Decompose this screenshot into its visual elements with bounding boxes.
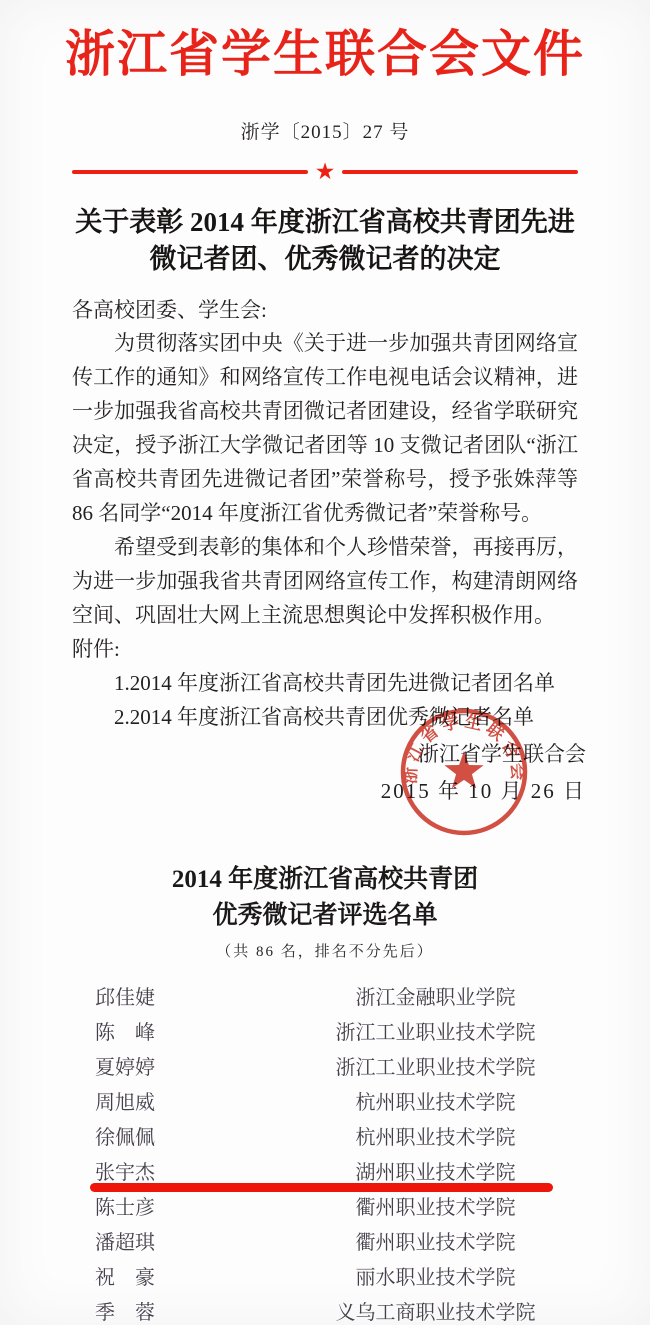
- signature-org: 浙江省学生联合会: [0, 736, 586, 773]
- roster-school: 湖州职业技术学院: [251, 1156, 620, 1185]
- divider-line-left: [72, 170, 308, 174]
- roster-school: 衢州职业技术学院: [251, 1191, 620, 1220]
- roster-school: 丽水职业技术学院: [251, 1261, 620, 1290]
- roster-name: 邱佳婕: [95, 981, 173, 1010]
- roster-note: （共 86 名，排名不分先后）: [0, 938, 650, 966]
- document-title: 关于表彰 2014 年度浙江省高校共青团先进 微记者团、优秀微记者的决定: [0, 204, 650, 278]
- roster-row: 季 蓉 义乌工商职业技术学院: [0, 1293, 650, 1325]
- roster-school: 浙江金融职业学院: [251, 981, 620, 1010]
- roster-row: 张宇杰 湖州职业技术学院: [0, 1153, 650, 1188]
- roster-list: 邱佳婕 浙江金融职业学院 陈 峰 浙江工业职业技术学院 夏婷婷 浙江工业职业技术…: [0, 978, 650, 1325]
- roster-school: 杭州职业技术学院: [251, 1086, 620, 1115]
- roster-title: 2014 年度浙江省高校共青团 优秀微记者评选名单: [0, 862, 650, 934]
- roster-row: 徐佩佩 杭州职业技术学院: [0, 1118, 650, 1153]
- roster-school: 浙江工业职业技术学院: [251, 1016, 620, 1045]
- document-page: 浙江省学生联合会文件 浙学〔2015〕27 号 ★ 关于表彰 2014 年度浙江…: [0, 0, 650, 1325]
- document-body: 各高校团委、学生会: 为贯彻落实团中央《关于进一步加强共青团网络宣传工作的通知》…: [0, 294, 650, 734]
- roster-name: 陈士彦: [95, 1191, 173, 1220]
- roster-row: 周旭威 杭州职业技术学院: [0, 1083, 650, 1118]
- roster-row: 陈 峰 浙江工业职业技术学院: [0, 1013, 650, 1048]
- roster-name: 潘超琪: [95, 1226, 173, 1255]
- body-paragraph-1: 为贯彻落实团中央《关于进一步加强共青团网络宣传工作的通知》和网络宣传工作电视电话…: [72, 326, 578, 530]
- roster-row: 祝 豪 丽水职业技术学院: [0, 1258, 650, 1293]
- attachment-item-2: 2.2014 年度浙江省高校共青团优秀微记者名单: [72, 700, 578, 734]
- document-number: 浙学〔2015〕27 号: [0, 120, 650, 146]
- roster-row: 夏婷婷 浙江工业职业技术学院: [0, 1048, 650, 1083]
- divider-line-right: [342, 170, 578, 174]
- roster-name: 徐佩佩: [95, 1121, 173, 1150]
- roster-name: 陈 峰: [95, 1016, 173, 1045]
- attachment-item-1: 1.2014 年度浙江省高校共青团先进微记者团名单: [72, 666, 578, 700]
- document-title-line2: 微记者团、优秀微记者的决定: [0, 241, 650, 278]
- signature-date: 2015 年 10 月 26 日: [0, 773, 586, 810]
- document-title-line1: 关于表彰 2014 年度浙江省高校共青团先进: [0, 204, 650, 241]
- roster-title-line2: 优秀微记者评选名单: [0, 898, 650, 934]
- roster-school: 义乌工商职业技术学院: [251, 1296, 620, 1325]
- roster-row: 潘超琪 衢州职业技术学院: [0, 1223, 650, 1258]
- salutation: 各高校团委、学生会:: [72, 294, 578, 326]
- attachments-label: 附件:: [72, 632, 578, 666]
- body-paragraph-2: 希望受到表彰的集体和个人珍惜荣誉，再接再厉，为进一步加强我省共青团网络宣传工作，…: [72, 530, 578, 632]
- roster-name: 季 蓉: [95, 1296, 173, 1325]
- red-divider: ★: [72, 160, 578, 184]
- roster-name: 周旭威: [95, 1086, 173, 1115]
- roster-name: 祝 豪: [95, 1261, 173, 1290]
- roster-school: 浙江工业职业技术学院: [251, 1051, 620, 1080]
- roster-school: 杭州职业技术学院: [251, 1121, 620, 1150]
- star-icon: ★: [315, 160, 336, 184]
- signature-block: 浙江省学生联合会 2015 年 10 月 26 日: [0, 736, 650, 810]
- roster-row: 邱佳婕 浙江金融职业学院: [0, 978, 650, 1013]
- roster-name: 张宇杰: [95, 1156, 173, 1185]
- letterhead-title: 浙江省学生联合会文件: [0, 24, 650, 84]
- roster-school: 衢州职业技术学院: [251, 1226, 620, 1255]
- roster-row: 陈士彦 衢州职业技术学院: [0, 1188, 650, 1223]
- roster-title-line1: 2014 年度浙江省高校共青团: [0, 862, 650, 898]
- roster-name: 夏婷婷: [95, 1051, 173, 1080]
